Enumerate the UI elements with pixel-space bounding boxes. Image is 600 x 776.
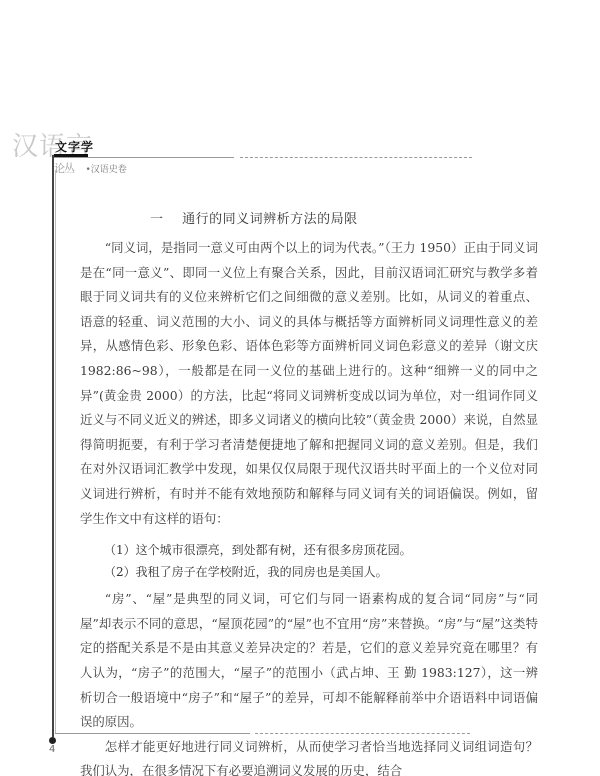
body-text: “同义词，是指同一意义可由两个以上的词为代表。”（王力 1950）正由于同义词是… xyxy=(80,236,538,776)
section-number: 一 xyxy=(150,212,164,227)
page-dot xyxy=(49,737,56,744)
example-item: （1）这个城市很漂亮，到处都有树，还有很多房顶花园。 xyxy=(80,539,538,561)
example-item: （2）我租了房子在学校附近，我的同房也是美国人。 xyxy=(80,561,538,583)
volume-label: •汉语史卷 xyxy=(86,165,127,175)
rule-bottom xyxy=(55,733,250,734)
section-title: 通行的同义词辨析方法的局限 xyxy=(182,212,358,227)
page-number: 4 xyxy=(49,744,55,755)
paragraph: “房”、“屋”是典型的同义词，可它们与同一语素构成的复合词“同房”与“同屋”却表… xyxy=(80,587,538,735)
series-sub-label: 论丛 xyxy=(54,162,74,175)
examples: （1）这个城市很漂亮，到处都有树，还有很多房顶花园。 （2）我租了房子在学校附近… xyxy=(80,539,538,583)
dashed-rule-bottom xyxy=(255,733,470,734)
series-title-bold: 文字学 xyxy=(55,138,94,155)
rule-top xyxy=(54,157,234,158)
dashed-rule-top xyxy=(240,157,472,158)
paragraph: 怎样才能更好地进行同义词辨析，从而使学习者恰当地选择同义词组词造句？我们认为，在… xyxy=(80,735,538,776)
section-heading: 一 通行的同义词辨析方法的局限 xyxy=(150,208,358,227)
series-subtitle: 论丛 •汉语史卷 xyxy=(54,160,127,176)
left-vertical-rule-light xyxy=(55,170,56,734)
paragraph: “同义词，是指同一意义可由两个以上的词为代表。”（王力 1950）正由于同义词是… xyxy=(80,236,538,531)
left-vertical-rule xyxy=(52,155,54,737)
